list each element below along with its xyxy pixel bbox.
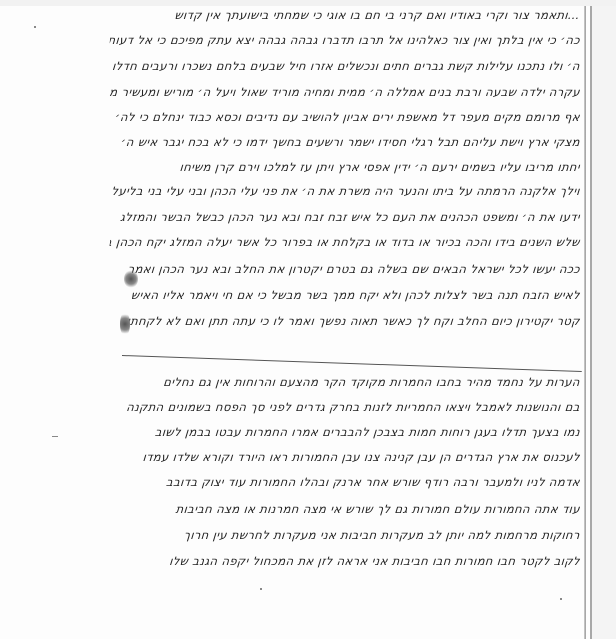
manuscript-line: לקוב לקטר חבו חמורות חבו חביבות אני אראה… [109, 554, 580, 568]
scan-speck [52, 436, 58, 437]
manuscript-line: מצקי ארץ וישת עליהם תבל רגלי חסידו ישמר … [109, 135, 580, 149]
manuscript-line: …ותאמר צור וקרי באודיו ואם קרני בי חם בו… [139, 8, 580, 22]
manuscript-line: לעכנוס את ארץ הגדרים הן עבן קנינה צנו עב… [109, 450, 580, 464]
manuscript-line: ידעו את ה׳ ומשפט הכהנים את העם כל איש זב… [109, 210, 580, 224]
manuscript-line: לאיש הזבח תנה בשר לצלות לכהן ולא יקח ממך… [109, 288, 580, 302]
manuscript-line: בם והנושנות לאמבל ויצאו החמריות לזנות בח… [109, 400, 580, 414]
manuscript-line: שלש השנים בידו והכה בכיור או בדוד או בקל… [109, 235, 580, 249]
manuscript-line: יחתו מריבו עליו בשמים ירעם ה׳ ידין אפסי … [109, 160, 580, 174]
manuscript-line: עוד אתה החמורות עולם חמורות גם לך שורש א… [119, 502, 580, 516]
manuscript-line: ה׳ ולו נתכנו עלילות קשת גברים חתים ונכשל… [109, 59, 580, 73]
manuscript-line: וילך אלקנה הרמתה על ביתו והנער היה משרת … [109, 184, 580, 198]
scan-speck [34, 26, 36, 28]
scan-speck [260, 588, 262, 590]
manuscript-line: אף מרומם מקים מעפר דל מאשפת ירים אביון ל… [109, 110, 580, 124]
manuscript-line: אדמה לניו ולמעבר ורבה רודף שורש אחר ארנק… [109, 475, 580, 489]
ink-smudge [124, 270, 138, 288]
manuscript-line: הערות על נחמד מהיר בחבו החמרות מקוקד הקר… [149, 375, 580, 389]
ink-smudge [120, 312, 130, 336]
page-binding-edge [584, 6, 586, 639]
manuscript-line: עקרה ילדה שבעה ורבת בנים אמללה ה׳ ממית ו… [109, 85, 580, 99]
scan-speck [560, 598, 562, 600]
manuscript-line: כה׳ כי אין בלתך ואין צור כאלהינו אל תרבו… [109, 33, 580, 47]
manuscript-line: קטר יקטירון כיום החלב וקח לך כאשר תאוה נ… [109, 314, 580, 328]
viewer-right-margin [590, 6, 616, 639]
manuscript-line: נמו בצעך תדלו בעגן רוחות חמות בצבכן להבב… [109, 425, 580, 439]
manuscript-line: ככה יעשו לכל ישראל הבאים שם בשלה גם בטרם… [109, 262, 580, 276]
manuscript-line: רחוקות מרחמות למה יותן לב מעקרות חביבות … [119, 528, 580, 542]
